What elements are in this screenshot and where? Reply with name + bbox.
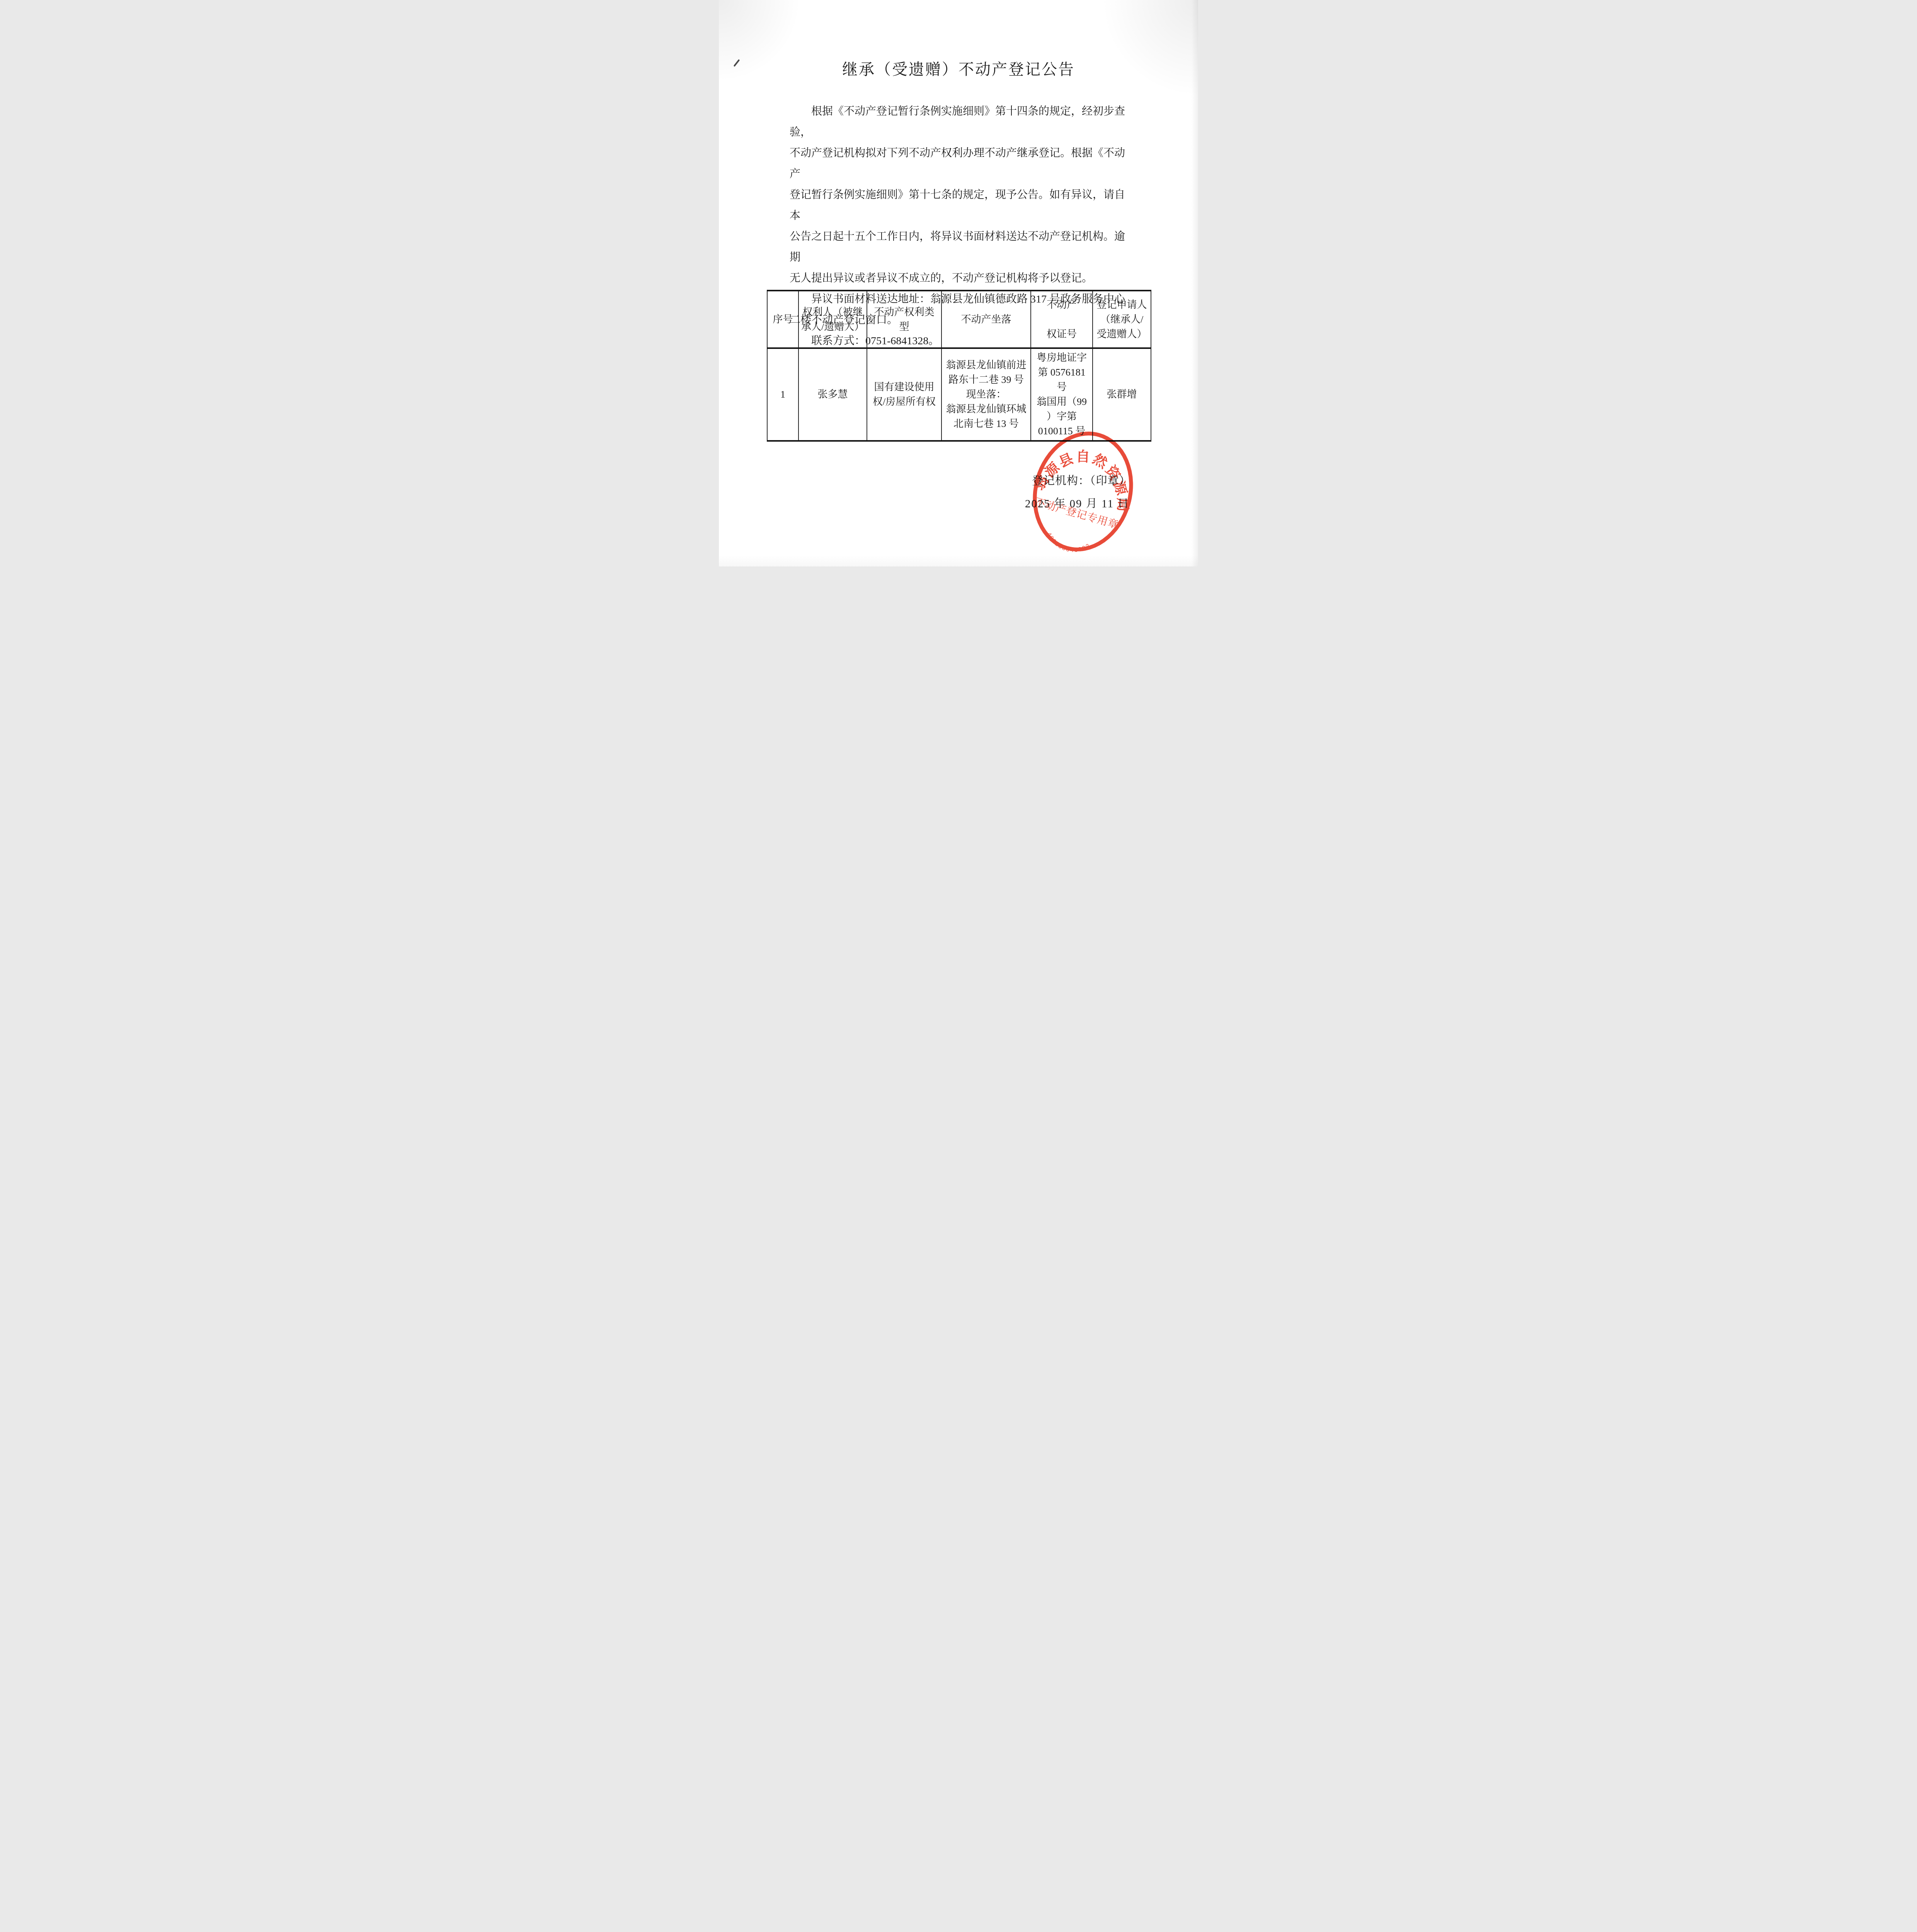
registration-date-line: 2025 年 09 月 11 日	[1025, 495, 1129, 511]
registration-agency-line: 登记机构：（印章）	[1032, 472, 1131, 488]
registration-table: 序号 权利人（被继 承人/遗赠人） 不动产权利类 型 不动产坐落 不动产 权证号…	[767, 290, 1151, 442]
header-index: 序号	[767, 291, 798, 348]
header-right-type: 不动产权利类 型	[867, 291, 941, 348]
cell-right-type: 国有建设使用 权/房屋所有权	[867, 348, 941, 441]
seal-ellipse-border	[1021, 422, 1144, 561]
notice-paragraph-main: 根据《不动产登记暂行条例实施细则》第十四条的规定，经初步查验， 不动产登记机构拟…	[790, 101, 1136, 289]
cell-index: 1	[767, 348, 798, 441]
header-owner: 权利人（被继 承人/遗赠人）	[798, 291, 867, 348]
cell-applicant: 张群增	[1093, 348, 1151, 441]
table-header-row: 序号 权利人（被继 承人/遗赠人） 不动产权利类 型 不动产坐落 不动产 权证号…	[767, 291, 1151, 348]
header-applicant: 登记申请人 （继承人/ 受遗赠人）	[1093, 291, 1151, 348]
table-row: 1 张多慧 国有建设使用 权/房屋所有权 翁源县龙仙镇前进 路东十二巷 39 号…	[767, 348, 1151, 441]
header-location: 不动产坐落	[941, 291, 1031, 348]
header-cert-no: 不动产 权证号	[1031, 291, 1093, 348]
page-title: 继承（受遗赠）不动产登记公告	[719, 57, 1198, 79]
cell-owner: 张多慧	[798, 348, 867, 441]
notice-document-page: 继承（受遗赠）不动产登记公告 根据《不动产登记暂行条例实施细则》第十四条的规定，…	[719, 0, 1198, 566]
cell-cert-no: 粤房地证字 第 0576181 号 翁国用（99 ）字第 0100115 号	[1031, 348, 1093, 441]
cell-location: 翁源县龙仙镇前进 路东十二巷 39 号 现坐落： 翁源县龙仙镇环城 北南七巷 1…	[941, 348, 1031, 441]
seal-code-text: 402280043392	[1042, 530, 1093, 559]
